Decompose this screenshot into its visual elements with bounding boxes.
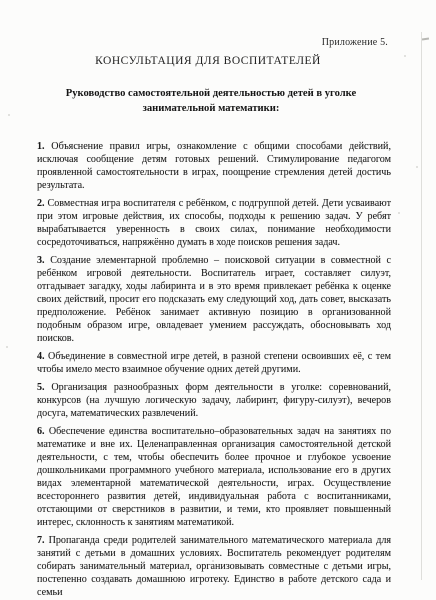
paragraph-1: 1. Объяснение правил игры, ознакомление … [37, 140, 391, 192]
paragraph-4: 4. Объединение в совместной игре детей, … [37, 350, 391, 376]
scan-speck [398, 212, 400, 214]
paragraph-number: 5. [37, 382, 45, 393]
paragraph-text: Совместная игра воспитателя с ребёнком, … [37, 198, 391, 248]
paragraph-text: Создание элементарной проблемно – поиско… [37, 255, 391, 344]
page-title: КОНСУЛЬТАЦИЯ ДЛЯ ВОСПИТАТЕЛЕЙ [0, 55, 416, 67]
paragraph-text: Организация разнообразных форм деятельно… [37, 382, 391, 419]
paragraph-number: 7. [37, 535, 45, 546]
scan-speck [416, 166, 418, 168]
paragraph-number: 4. [37, 351, 45, 362]
scan-dash-artifact [422, 38, 429, 41]
scan-speck [404, 55, 406, 57]
paragraph-7: 7. Пропаганда среди родителей заниматель… [37, 534, 391, 599]
paragraph-2: 2. Совместная игра воспитателя с ребёнко… [37, 197, 391, 249]
paragraph-text: Объяснение правил игры, ознакомление с о… [37, 141, 391, 191]
annex-label: Приложение 5. [322, 37, 388, 48]
paragraph-6: 6. Обеспечение единства воспитательно–об… [37, 425, 391, 529]
scan-edge-artifact [421, 32, 422, 580]
scanned-document-page: Приложение 5. КОНСУЛЬТАЦИЯ ДЛЯ ВОСПИТАТЕ… [0, 0, 436, 600]
scan-speck [6, 346, 8, 348]
scan-speck [212, 560, 214, 562]
paragraph-number: 6. [37, 426, 45, 437]
scan-speck [8, 114, 10, 116]
page-subtitle: Руководство самостоятельной деятельность… [38, 86, 384, 116]
paragraph-5: 5. Организация разнообразных форм деятел… [37, 381, 391, 420]
document-body: 1. Объяснение правил игры, ознакомление … [37, 140, 391, 600]
paragraph-number: 3. [37, 255, 45, 266]
paragraph-3: 3. Создание элементарной проблемно – пои… [37, 254, 391, 345]
paragraph-number: 1. [37, 141, 45, 152]
paragraph-text: Пропаганда среди родителей занимательног… [37, 535, 391, 598]
paragraph-text: Обеспечение единства воспитательно–образ… [37, 426, 391, 528]
paragraph-text: Объединение в совместной игре детей, в р… [37, 351, 391, 375]
paragraph-number: 2. [37, 198, 45, 209]
